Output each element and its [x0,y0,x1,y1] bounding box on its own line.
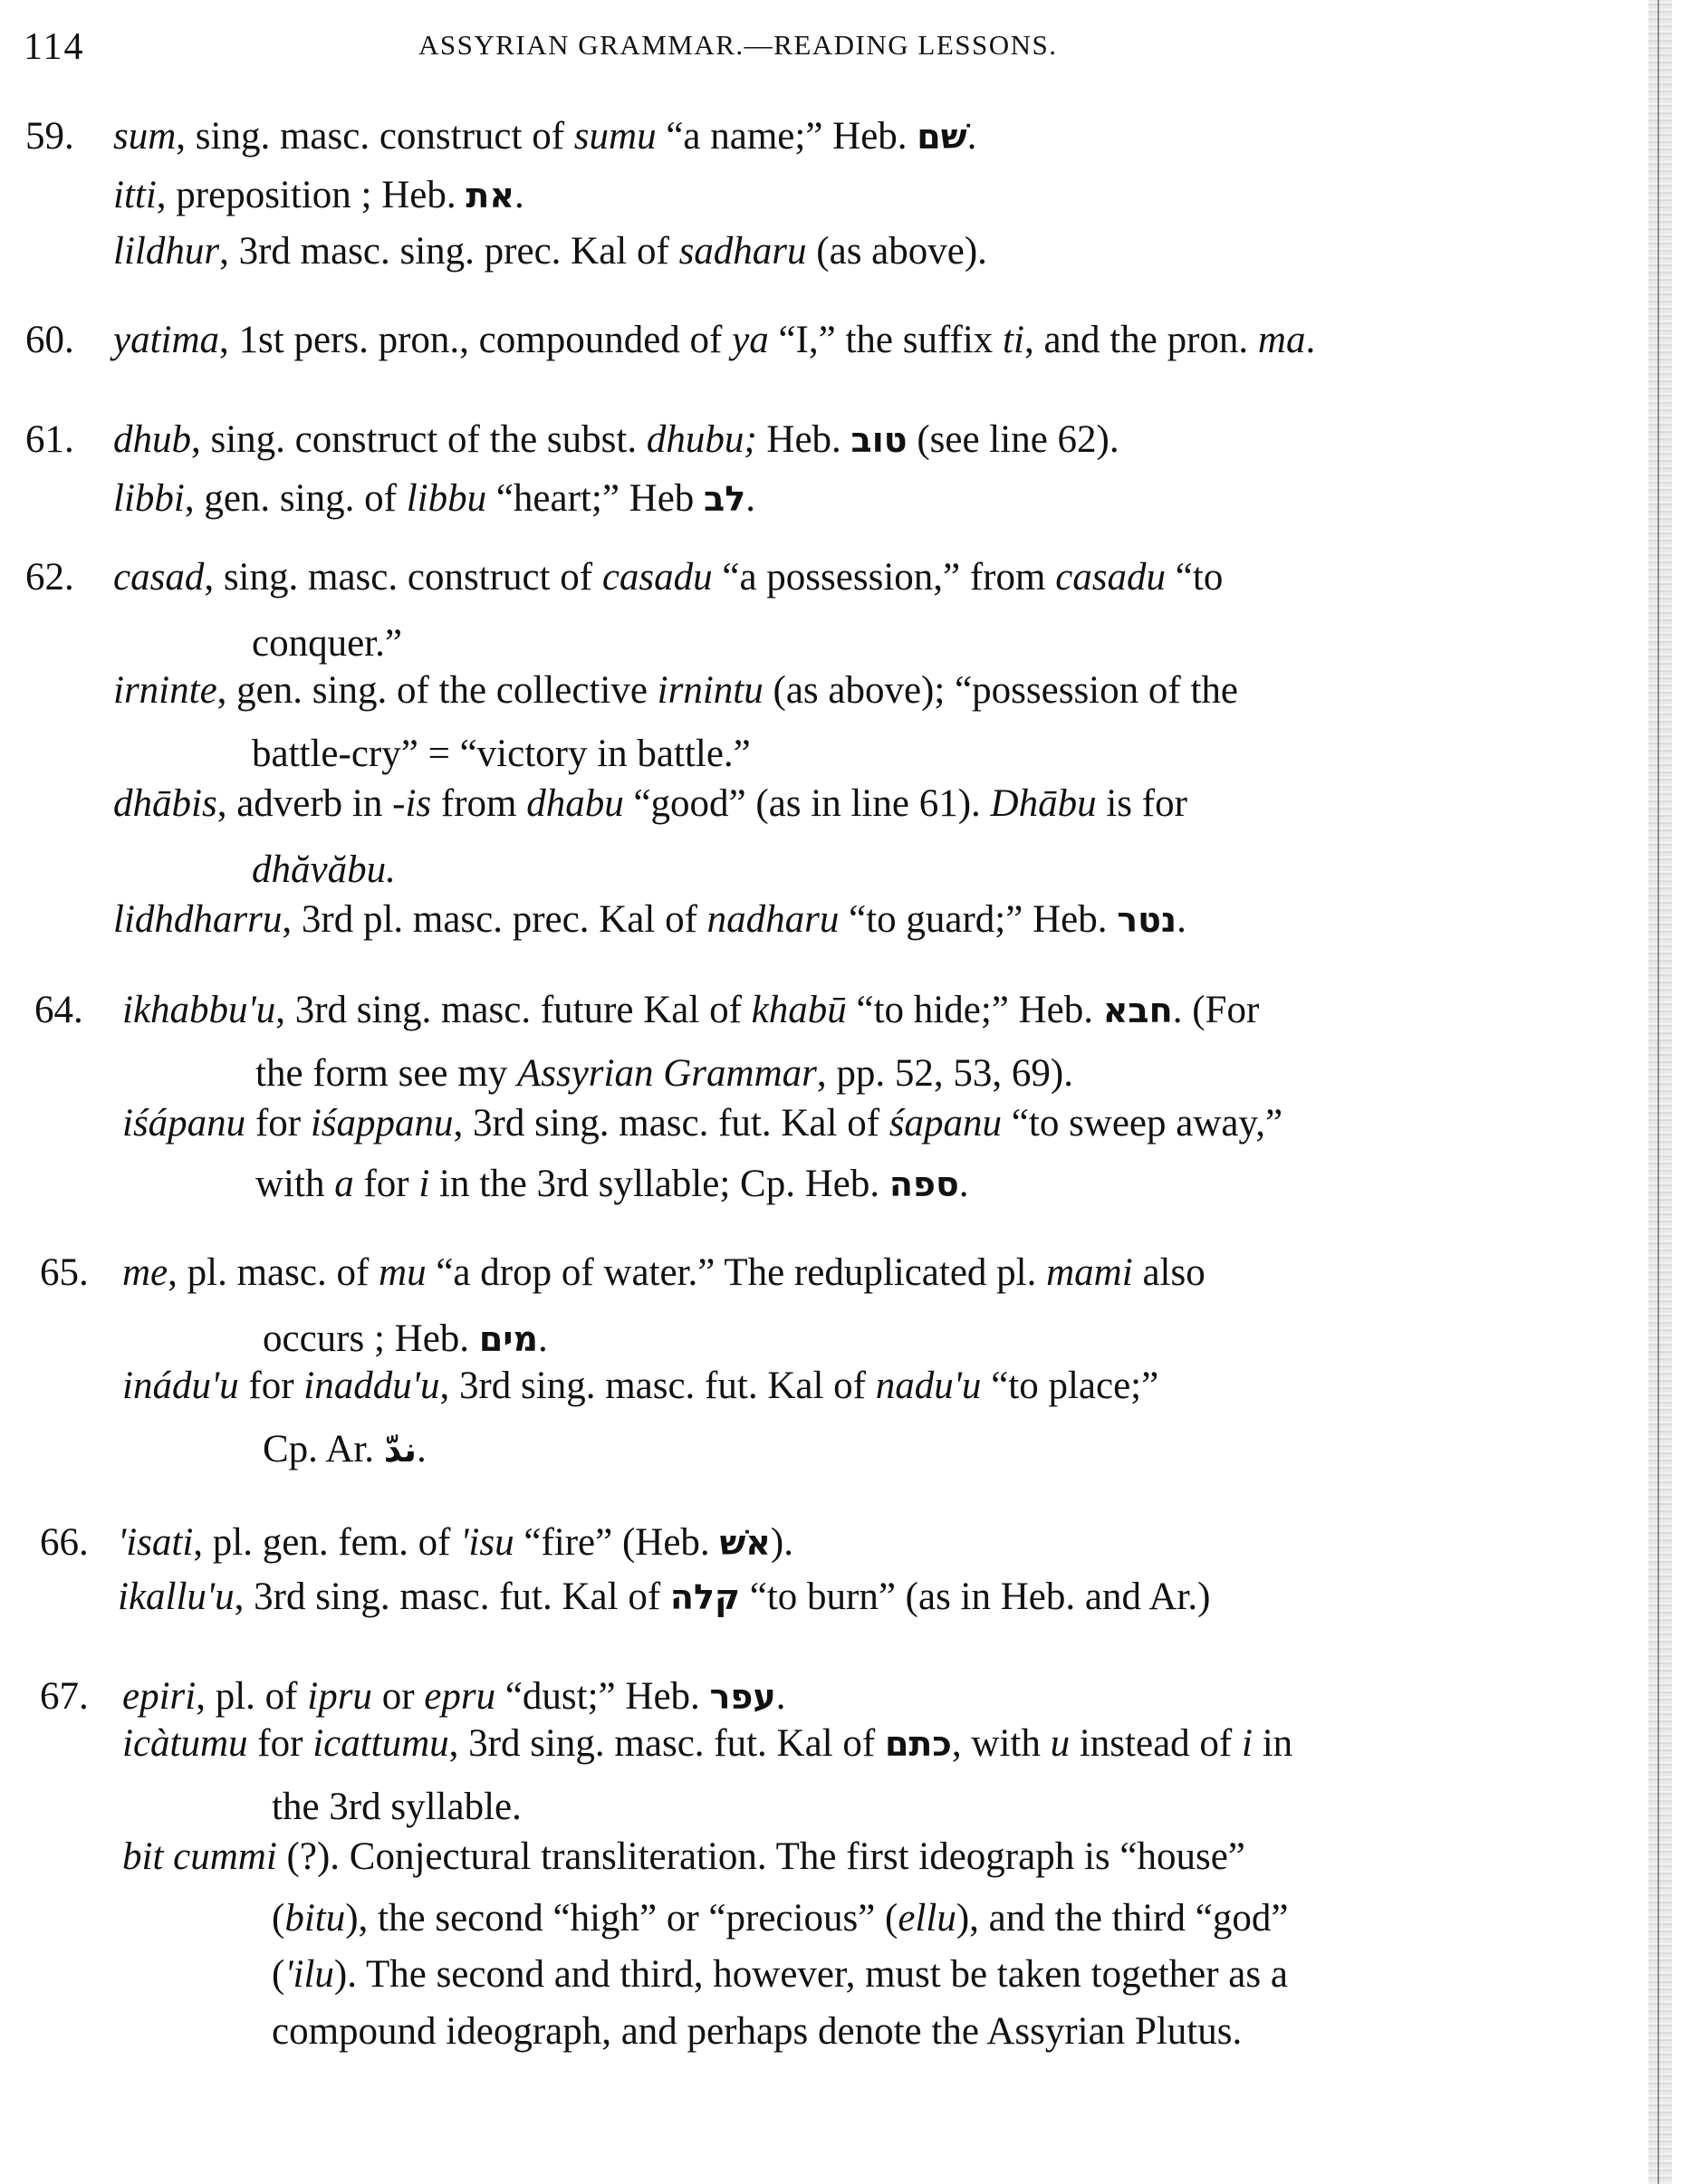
transliterated-term: epiri [122,1675,196,1718]
transliterated-term: Assyrian Grammar [517,1052,817,1095]
transliterated-term: sadharu [679,230,807,273]
gloss-text: ), and the third “god” [956,1897,1289,1940]
entry-line: libbi, gen. sing. of libbu “heart;” Heb … [113,475,755,522]
entry-line: ikallu'u, 3rd sing. masc. fut. Kal of קל… [118,1574,1210,1621]
gloss-text: ( [272,1953,284,1996]
gloss-text: , gen. sing. of the collective [217,669,658,712]
entry-continuation-line: (bitu), the second “high” or “precious” … [272,1895,1288,1942]
entry-number: 65. [40,1250,89,1297]
transliterated-term: casadu [1055,556,1166,599]
hebrew-word: אשׁ [719,1523,770,1563]
gloss-text: “to place;” [981,1365,1158,1407]
entry-continuation-line: compound ideograph, and perhaps denote t… [272,2008,1242,2055]
transliterated-term: nadharu [707,898,840,941]
transliterated-term: bitu [284,1897,345,1940]
hebrew-word: לב [704,479,745,519]
entry-continuation-line: dhăvăbu. [252,847,396,894]
running-head: 114 ASSYRIAN GRAMMAR.—READING LESSONS. [0,16,1681,71]
entry-line: sum, sing. masc. construct of sumu “a na… [113,113,976,160]
gloss-text: , 3rd sing. masc. fut. Kal of [439,1365,875,1407]
transliterated-term: itti [113,174,157,216]
gloss-text: ( [272,1897,284,1940]
transliterated-term: sum [113,115,176,158]
transliterated-term: me [122,1251,168,1294]
gloss-text: . [745,477,755,520]
gloss-text: for [354,1163,419,1205]
entry-line: yatima, 1st pers. pron., compounded of y… [113,317,1315,364]
entry-line: ikhabbu'u, 3rd sing. masc. future Kal of… [122,987,1259,1034]
gloss-text: is for [1097,782,1187,825]
entry-line: casad, sing. masc. construct of casadu “… [113,554,1223,601]
transliterated-term: lidhdharru [113,898,282,941]
entry-number: 61. [25,417,74,464]
transliterated-term: ikallu'u [118,1576,235,1618]
transliterated-term: ma [1258,319,1306,361]
transliterated-term: icàtumu [122,1722,248,1765]
gloss-text: “to burn” (as in Heb. and Ar.) [740,1576,1210,1618]
entry-number: 67. [40,1673,89,1720]
gloss-text: or [372,1675,424,1718]
gloss-text: Heb. [757,418,851,461]
gloss-text: “I,” the suffix [769,319,1003,361]
gloss-text: . [776,1675,786,1718]
gloss-text: , pl. gen. fem. of [193,1521,460,1564]
gloss-text: , 3rd sing. masc. fut. Kal of [454,1102,889,1145]
page-gutter-line [1657,0,1659,2184]
gloss-text: compound ideograph, and perhaps denote t… [272,2010,1242,2053]
gloss-text: , 3rd sing. masc. fut. Kal of [235,1576,670,1618]
transliterated-term: icattumu [312,1722,448,1765]
hebrew-word: טוב [851,420,908,460]
entry-number: 64. [34,987,83,1034]
transliterated-term: i [1242,1722,1253,1765]
gloss-text: Cp. Ar. [263,1428,384,1470]
transliterated-term: iśápanu [122,1102,245,1145]
transliterated-term: inádu'u [122,1365,239,1407]
transliterated-term: inaddu'u [303,1365,439,1407]
gloss-text: , gen. sing. of [185,477,407,520]
gloss-text: “dust;” Heb. [495,1675,709,1718]
transliterated-term: ya [732,319,769,361]
gloss-text: occurs ; Heb. [263,1317,479,1360]
page-binding-edge [1648,0,1672,2184]
entry-continuation-line: ('ilu). The second and third, however, m… [272,1951,1288,1998]
gloss-text: “fire” (Heb. [514,1521,720,1564]
transliterated-term: ellu [898,1897,956,1940]
running-head-title: ASSYRIAN GRAMMAR.—READING LESSONS. [418,29,1058,62]
gloss-text: for [248,1722,313,1765]
transliterated-term: 'isati [118,1521,193,1564]
gloss-text: “to guard;” Heb. [839,898,1117,941]
transliterated-term: dhub [113,418,191,461]
transliterated-term: mami [1046,1251,1133,1294]
gloss-text: from [431,782,526,825]
entry-continuation-line: occurs ; Heb. מים. [263,1316,548,1363]
hebrew-word: ندّ [384,1430,417,1470]
entry-line: inádu'u for inaddu'u, 3rd sing. masc. fu… [122,1363,1158,1410]
gloss-text: ). The second and third, however, must b… [334,1953,1288,1996]
transliterated-term: nadu'u [876,1365,982,1407]
gloss-text: the 3rd syllable. [272,1786,522,1828]
gloss-text: , pl. masc. of [168,1251,379,1294]
transliterated-term: irnintu [658,669,764,712]
gloss-text: , with [952,1722,1051,1765]
gloss-text: ). [771,1521,793,1564]
entry-number: 66. [40,1519,89,1566]
transliterated-term: 'ilu [284,1953,334,1996]
entry-line: dhābis, adverb in -is from dhabu “good” … [113,781,1187,828]
gloss-text: in the 3rd syllable; Cp. Heb. [429,1163,889,1205]
transliterated-term: mu [379,1251,427,1294]
gloss-text: “good” (as in line 61). [624,782,991,825]
gloss-text: “to hide;” Heb. [847,989,1103,1031]
transliterated-term: casadu [602,556,713,599]
entry-continuation-line: Cp. Ar. ندّ. [263,1426,427,1473]
entry-line: 'isati, pl. gen. fem. of 'isu “fire” (He… [118,1519,793,1566]
hebrew-word: מים [479,1319,538,1359]
gloss-text: “a drop of water.” The reduplicated pl. [427,1251,1047,1294]
gloss-text: ), the second “high” or “precious” ( [345,1897,898,1940]
hebrew-word: נטר [1117,900,1177,940]
gloss-text: . [1305,319,1315,361]
transliterated-term: 'isu [460,1521,514,1564]
gloss-text: for [245,1102,311,1145]
transliterated-term: ipru [307,1675,372,1718]
transliterated-term: libbi [113,477,185,520]
hebrew-word: ספה [889,1164,959,1204]
transliterated-term: -is [392,782,431,825]
entry-number: 62. [25,554,74,601]
entry-continuation-line: battle-cry” = “victory in battle.” [252,731,751,778]
gloss-text: “to [1166,556,1223,599]
gloss-text: . [514,174,524,216]
transliterated-term: a [334,1163,354,1205]
gloss-text: , pp. 52, 53, 69). [817,1052,1073,1095]
gloss-text: “a name;” Heb. [657,115,917,158]
page-number: 114 [24,25,84,69]
transliterated-term: i [418,1163,429,1205]
transliterated-term: sumu [574,115,657,158]
hebrew-word: שׁם [917,117,966,157]
transliterated-term: khabū [752,989,847,1031]
transliterated-term: u [1051,1722,1071,1765]
entry-line: epiri, pl. of ipru or epru “dust;” Heb. … [122,1673,785,1720]
transliterated-term: dhăvăbu. [252,848,396,891]
gloss-text: with [255,1163,334,1205]
transliterated-term: casad [113,556,204,599]
scanned-book-page: 114 ASSYRIAN GRAMMAR.—READING LESSONS. 5… [0,0,1681,2184]
gloss-text: . [959,1163,969,1205]
entry-line: lidhdharru, 3rd pl. masc. prec. Kal of n… [113,896,1186,944]
gloss-text: for [239,1365,304,1407]
hebrew-word: את [466,176,514,216]
entry-continuation-line: conquer.” [252,620,402,667]
gloss-text: . [538,1317,548,1360]
entry-line: irninte, gen. sing. of the collective ir… [113,667,1238,714]
transliterated-term: epru [424,1675,495,1718]
gloss-text: . (For [1173,989,1260,1031]
gloss-text: instead of [1070,1722,1242,1765]
transliterated-term: iśappanu [311,1102,454,1145]
gloss-text: , sing. masc. construct of [204,556,601,599]
gloss-text: , 3rd sing. masc. future Kal of [275,989,751,1031]
gloss-text: “heart;” Heb [486,477,704,520]
entry-line: itti, preposition ; Heb. את. [113,172,524,219]
gloss-text: battle-cry” = “victory in battle.” [252,733,751,775]
gloss-text: . [1177,898,1186,941]
entry-line: bit cummi (?). Conjectural transliterati… [122,1834,1245,1881]
gloss-text: (as above). [807,230,987,273]
transliterated-term: ikhabbu'u [122,989,275,1031]
transliterated-term: irninte [113,669,217,712]
entry-line: dhub, sing. construct of the subst. dhub… [113,417,1119,464]
gloss-text: the form see my [255,1052,517,1095]
hebrew-word: עפר [710,1677,776,1717]
gloss-text: (see line 62). [908,418,1119,461]
transliterated-term: bit cummi [122,1835,277,1878]
gloss-text: also [1133,1251,1206,1294]
gloss-text: , and the pron. [1024,319,1258,361]
entry-number: 60. [25,317,74,364]
gloss-text: , preposition ; Heb. [157,174,466,216]
entry-continuation-line: the 3rd syllable. [272,1784,522,1831]
transliterated-term: dhābis [113,782,217,825]
gloss-text: , 3rd sing. masc. fut. Kal of [449,1722,885,1765]
gloss-text: “to sweep away,” [1002,1102,1282,1145]
transliterated-term: dhubu; [647,418,757,461]
transliterated-term: Dhābu [991,782,1097,825]
transliterated-term: śapanu [889,1102,1002,1145]
gloss-text: , 1st pers. pron., compounded of [219,319,732,361]
gloss-text: , 3rd pl. masc. prec. Kal of [282,898,706,941]
entry-line: me, pl. masc. of mu “a drop of water.” T… [122,1250,1206,1297]
gloss-text: , 3rd masc. sing. prec. Kal of [219,230,679,273]
entry-line: lildhur, 3rd masc. sing. prec. Kal of sa… [113,228,987,275]
gloss-text: , adverb in [217,782,392,825]
hebrew-word: כתם [885,1724,952,1764]
entry-continuation-line: the form see my Assyrian Grammar, pp. 52… [255,1050,1073,1097]
entry-line: iśápanu for iśappanu, 3rd sing. masc. fu… [122,1100,1282,1147]
transliterated-term: lildhur [113,230,219,273]
entry-number: 59. [25,113,74,160]
gloss-text: . [967,115,977,158]
gloss-text: in [1253,1722,1292,1765]
entry-continuation-line: with a for i in the 3rd syllable; Cp. He… [255,1161,969,1208]
gloss-text: , sing. masc. construct of [176,115,573,158]
entry-line: icàtumu for icattumu, 3rd sing. masc. fu… [122,1720,1292,1767]
hebrew-word: קלה [670,1577,740,1617]
transliterated-term: yatima [113,319,219,361]
gloss-text: , sing. construct of the subst. [191,418,647,461]
gloss-text: (?). Conjectural transliteration. The fi… [277,1835,1245,1878]
transliterated-term: ti [1003,319,1024,361]
gloss-text: (as above); “possession of the [764,669,1238,712]
gloss-text: “a possession,” from [713,556,1056,599]
gloss-text: , pl. of [196,1675,307,1718]
transliterated-term: dhabu [526,782,624,825]
gloss-text: conquer.” [252,622,402,665]
transliterated-term: libbu [407,477,486,520]
gloss-text: . [417,1428,427,1470]
hebrew-word: חבא [1103,991,1173,1030]
